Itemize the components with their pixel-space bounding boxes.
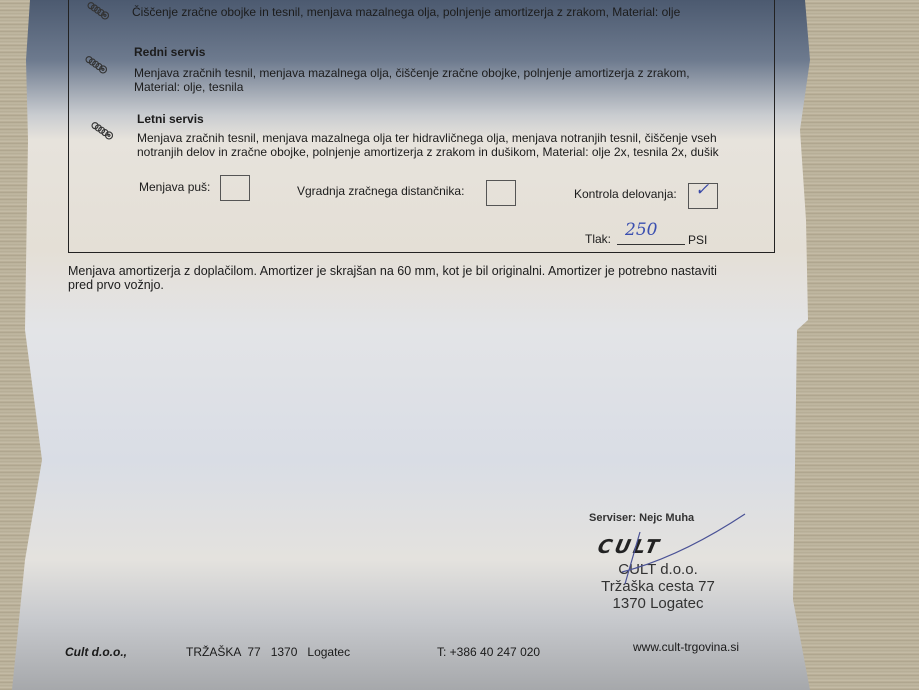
note-line-2: pred prvo vožnjo. bbox=[68, 278, 164, 292]
footer-website[interactable]: www.cult-trgovina.si bbox=[633, 640, 739, 654]
service-annual-title: Letni servis bbox=[137, 112, 204, 126]
service-annual-line-1: Menjava zračnih tesnil, menjava mazalneg… bbox=[137, 131, 717, 145]
air-spacer-checkbox[interactable] bbox=[486, 180, 516, 206]
service-form-paper: Čiščenje zračne obojke in tesnil, menjav… bbox=[0, 0, 919, 690]
footer-phone: T: +386 40 247 020 bbox=[437, 645, 540, 659]
stamp-city: 1370 Logatec bbox=[583, 595, 733, 612]
service-regular-title: Redni servis bbox=[134, 45, 205, 59]
service-regular-line-2: Material: olje, tesnila bbox=[134, 80, 243, 94]
bushing-replacement-label: Menjava puš: bbox=[139, 180, 210, 194]
footer-address: TRŽAŠKA 77 1370 Logatec bbox=[186, 645, 350, 659]
pressure-unit: PSI bbox=[688, 233, 707, 247]
function-check-checkbox[interactable]: ✓ bbox=[688, 183, 718, 209]
air-spacer-label: Vgradnja zračnega distančnika: bbox=[297, 184, 464, 198]
service-annual-line-2: notranjih delov in zračne obojke, polnje… bbox=[137, 145, 719, 159]
bushing-replacement-checkbox[interactable] bbox=[220, 175, 250, 201]
pressure-label: Tlak: bbox=[585, 232, 611, 246]
pressure-value: 250 bbox=[625, 220, 657, 240]
function-check-label: Kontrola delovanja: bbox=[574, 187, 677, 201]
services-frame bbox=[68, 0, 775, 253]
checkmark-icon: ✓ bbox=[695, 180, 709, 200]
service-regular-line-1: Menjava zračnih tesnil, menjava mazalneg… bbox=[134, 66, 690, 80]
signature-scribble bbox=[620, 512, 750, 592]
pressure-underline bbox=[617, 244, 685, 245]
footer-company: Cult d.o.o., bbox=[65, 645, 127, 659]
service-basic-description: Čiščenje zračne obojke in tesnil, menjav… bbox=[132, 5, 680, 19]
note-line-1: Menjava amortizerja z doplačilom. Amorti… bbox=[68, 264, 717, 278]
